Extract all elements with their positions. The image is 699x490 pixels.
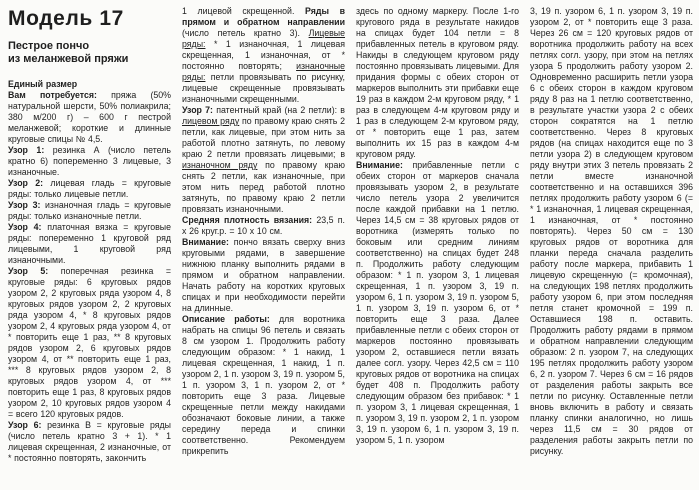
body-text: поперечная резинка = круговые ряды: 6 кр… <box>8 266 171 419</box>
bold-text: Узор 1: <box>8 145 44 155</box>
column-1: Модель 17 Пестрое пончоиз меланжевой пря… <box>8 6 171 486</box>
pattern-page: Модель 17 Пестрое пончоиз меланжевой пря… <box>0 0 699 490</box>
bold-text: Средняя плотность вязания: <box>182 215 312 225</box>
body-text: здесь по одному маркеру. После 1-го круг… <box>356 6 519 159</box>
bold-text: Единый размер <box>8 79 77 89</box>
column-1-text: Единый размерВам потребуется: пряжа (50%… <box>8 79 171 464</box>
column-3: здесь по одному маркеру. После 1-го круг… <box>356 6 519 486</box>
paragraph: Узор 2: лицевая гладь = круговые ряды: т… <box>8 178 171 200</box>
column-2-text: 1 лицевой скрещенной. Ряды в прямом и об… <box>182 6 345 457</box>
page-subtitle: Пестрое пончоиз меланжевой пряжи <box>8 40 171 66</box>
bold-text: Узор 4: <box>8 222 41 232</box>
paragraph: Узор 4: платочная вязка = круговые ряды:… <box>8 222 171 266</box>
paragraph: Средняя плотность вязания: 23,5 п. х 26 … <box>182 215 345 237</box>
paragraph: Узор 3: изнаночная гладь = круговые ряды… <box>8 200 171 222</box>
bold-text: Внимание: <box>356 160 403 170</box>
column-3-text: здесь по одному маркеру. После 1-го круг… <box>356 6 519 446</box>
paragraph: Узор 7: патентный край (на 2 петли): в л… <box>182 105 345 215</box>
column-4-text: 3, 19 п. узором 6, 1 п. узором 3, 19 п. … <box>530 6 693 457</box>
body-text: (число петель кратно 3). <box>182 28 309 38</box>
paragraph: Вам потребуется: пряжа (50% натуральной … <box>8 90 171 145</box>
paragraph: Узор 5: поперечная резинка = круговые ря… <box>8 266 171 420</box>
bold-text: Узор 6: <box>8 420 41 430</box>
underlined-text: изнаночном ряду <box>182 160 257 170</box>
paragraph: Узор 1: резинка А (число петель кратно 6… <box>8 145 171 178</box>
paragraph: Единый размер <box>8 79 171 90</box>
body-text: 1 лицевой скрещенной. <box>182 6 305 16</box>
bold-text: Внимание: <box>182 237 229 247</box>
paragraph: здесь по одному маркеру. После 1-го круг… <box>356 6 519 160</box>
column-2: 1 лицевой скрещенной. Ряды в прямом и об… <box>182 6 345 486</box>
page-subtitle-line1: Пестрое пончо <box>8 40 89 52</box>
bold-text: Узор 7: <box>182 105 213 115</box>
bold-text: Узор 5: <box>8 266 48 276</box>
paragraph: Описание работы: для воротника набрать н… <box>182 314 345 457</box>
body-text: для воротника набрать на спицы 96 петель… <box>182 314 345 456</box>
paragraph: Узор 6: резинка В = круговые ряды (число… <box>8 420 171 464</box>
underlined-text: лицевом ряду <box>182 116 239 126</box>
body-text: патентный край (на 2 петли): в <box>213 105 345 115</box>
body-text: пончо вязать сверху вниз круговыми рядам… <box>182 237 345 313</box>
column-4: 3, 19 п. узором 6, 1 п. узором 3, 19 п. … <box>530 6 693 486</box>
paragraph: Внимание: пончо вязать сверху вниз круго… <box>182 237 345 314</box>
page-subtitle-line2: из меланжевой пряжи <box>8 53 128 65</box>
bold-text: Узор 2: <box>8 178 43 188</box>
body-text: 3, 19 п. узором 6, 1 п. узором 3, 19 п. … <box>530 6 693 456</box>
bold-text: Описание работы: <box>182 314 270 324</box>
paragraph: 1 лицевой скрещенной. Ряды в прямом и об… <box>182 6 345 105</box>
paragraph: Внимание: прибавленные петли с обеих сто… <box>356 160 519 446</box>
page-title: Модель 17 <box>8 7 171 31</box>
body-text: прибавленные петли с обеих сторон от мар… <box>356 160 519 445</box>
body-text: петли провязывать по рисунку, лицевые ск… <box>182 72 345 104</box>
bold-text: Вам потребуется: <box>8 90 97 100</box>
bold-text: Узор 3: <box>8 200 40 210</box>
paragraph: 3, 19 п. узором 6, 1 п. узором 3, 19 п. … <box>530 6 693 457</box>
